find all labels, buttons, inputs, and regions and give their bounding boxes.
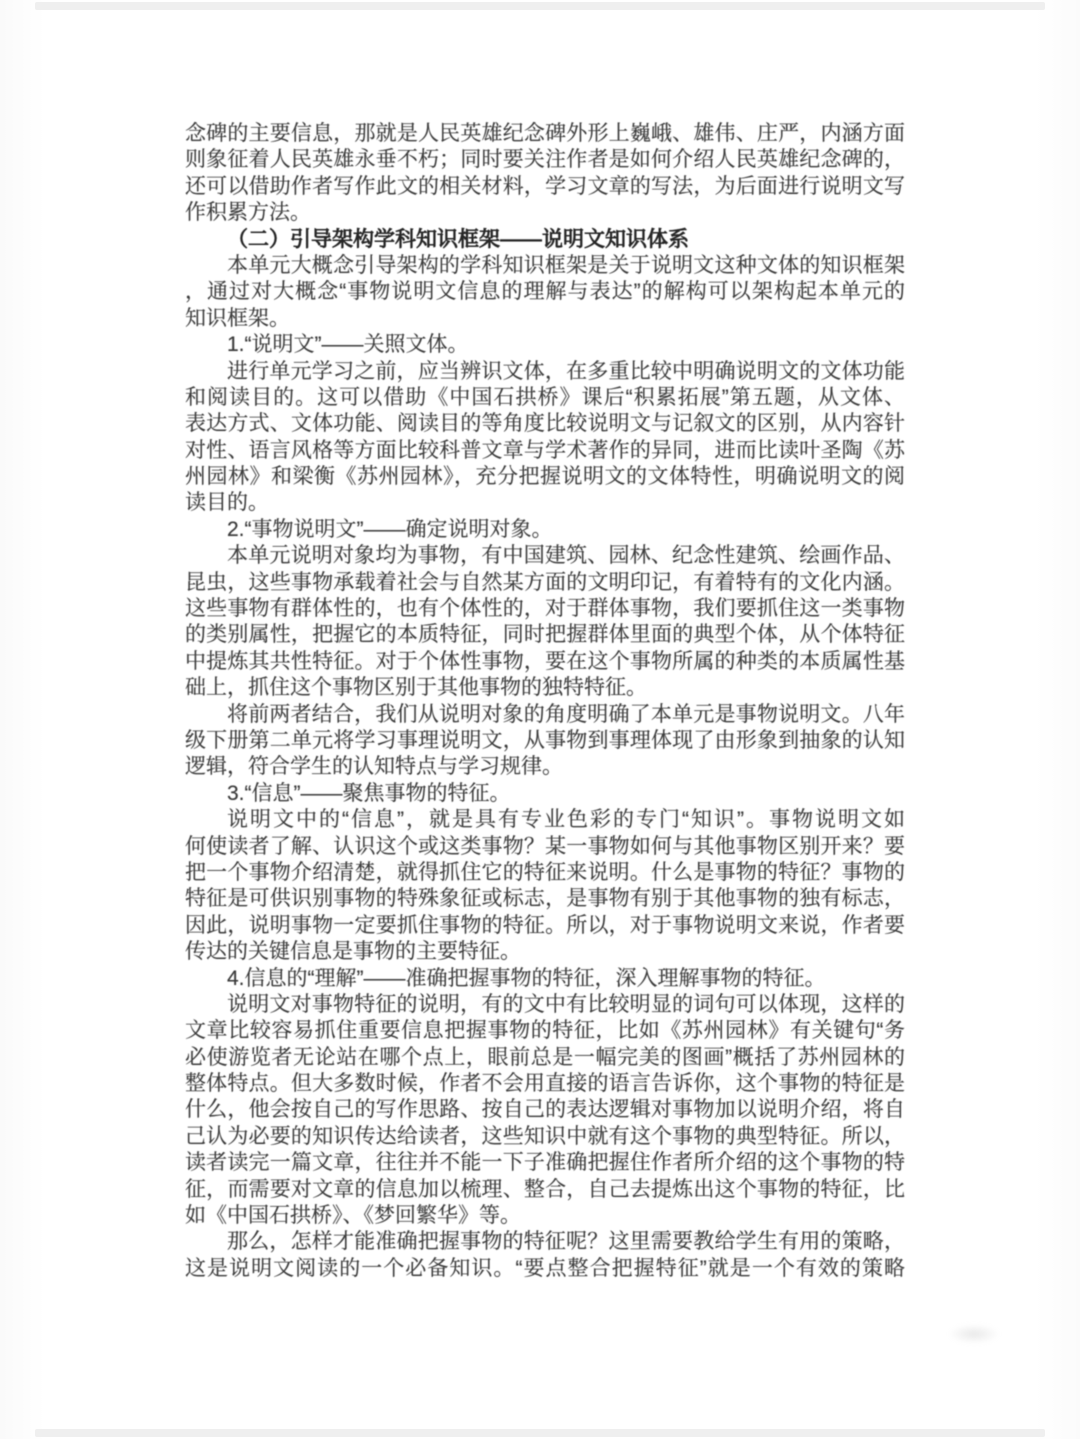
body-text-line: 念碑的主要信息，那就是人民英雄纪念碑外形上巍峨、雄伟、庄严，内涵方面	[185, 121, 905, 147]
body-text-line: 础上，抓住这个事物区别于其他事物的独特特征。	[185, 675, 905, 701]
body-text-line: 中提炼其共性特征。对于个体性事物，要在这个事物所属的种类的本质属性基	[185, 649, 905, 675]
body-text-line: 文章比较容易抓住重要信息把握事物的特征，比如《苏州园林》有关键句“务	[185, 1018, 905, 1044]
body-text-line: 把一个事物介绍清楚，就得抓住它的特征来说明。什么是事物的特征？事物的	[185, 860, 905, 886]
body-text-line: 征，而需要对文章的信息加以梳理、整合，自己去提炼出这个事物的特征，比	[185, 1177, 905, 1203]
body-text-line: 3.“信息”——聚焦事物的特征。	[185, 781, 905, 807]
body-text-line: 表达方式、文体功能、阅读目的等角度比较说明文与记叙文的区别，从内容针	[185, 411, 905, 437]
body-text-line: 对性、语言风格等方面比较科普文章与学术著作的异同，进而比读叶圣陶《苏	[185, 438, 905, 464]
body-text-line: 读目的。	[185, 490, 905, 516]
body-text-line: 昆虫，这些事物承载着社会与自然某方面的文明印记，有着特有的文化内涵。	[185, 570, 905, 596]
body-text-line: 如《中国石拱桥》、《梦回繁华》等。	[185, 1203, 905, 1229]
body-text-line: 级下册第二单元将学习事理说明文，从事物到事理体现了由形象到抽象的认知	[185, 728, 905, 754]
body-text-line: 的类别属性，把握它的本质特征，同时把握群体里面的典型个体，从个体特征	[185, 622, 905, 648]
body-text-line: 读者读完一篇文章，往往并不能一下子准确把握住作者所介绍的这个事物的特	[185, 1150, 905, 1176]
body-text-line: 则象征着人民英雄永垂不朽；同时要关注作者是如何介绍人民英雄纪念碑的，	[185, 147, 905, 173]
body-text-line: 作积累方法。	[185, 200, 905, 226]
body-text-line: 特征是可供识别事物的特殊象征或标志，是事物有别于其他事物的独有标志，	[185, 886, 905, 912]
body-text-line: 因此，说明事物一定要抓住事物的特征。所以，对于事物说明文来说，作者要	[185, 913, 905, 939]
body-text-line: ，通过对大概念“事物说明文信息的理解与表达”的解构可以架构起本单元的	[185, 279, 905, 305]
watermark-smudge	[948, 1324, 1000, 1344]
scanned-page: 念碑的主要信息，那就是人民英雄纪念碑外形上巍峨、雄伟、庄严，内涵方面则象征着人民…	[0, 0, 1080, 1439]
body-text-line: 说明文中的“信息”，就是具有专业色彩的专门“知识”。事物说明文如	[185, 807, 905, 833]
body-text-line: 己认为必要的知识传达给读者，这些知识中就有这个事物的典型特征。所以，	[185, 1124, 905, 1150]
body-text-line: 4.信息的“理解”——准确把握事物的特征，深入理解事物的特征。	[185, 966, 905, 992]
body-text-line: 将前两者结合，我们从说明对象的角度明确了本单元是事物说明文。八年	[185, 702, 905, 728]
body-text-line: 传达的关键信息是事物的主要特征。	[185, 939, 905, 965]
body-text-line: 1.“说明文”——关照文体。	[185, 332, 905, 358]
body-text-line: 逻辑，符合学生的认知特点与学习规律。	[185, 754, 905, 780]
section-heading-line: （二）引导架构学科知识框架——说明文知识体系	[185, 227, 905, 253]
body-text-line: 和阅读目的。这可以借助《中国石拱桥》课后“积累拓展”第五题，从文体、	[185, 385, 905, 411]
body-text-line: 2.“事物说明文”——确定说明对象。	[185, 517, 905, 543]
page-bottom-edge	[35, 1429, 1045, 1437]
body-text-line: 进行单元学习之前，应当辨识文体，在多重比较中明确说明文的文体功能	[185, 359, 905, 385]
body-text-line: 知识框架。	[185, 306, 905, 332]
body-text-line: 还可以借助作者写作此文的相关材料，学习文章的写法，为后面进行说明文写	[185, 174, 905, 200]
body-text-line: 这是说明文阅读的一个必备知识。“要点整合把握特征”就是一个有效的策略	[185, 1256, 905, 1282]
body-text-line: 那么，怎样才能准确把握事物的特征呢？这里需要教给学生有用的策略，	[185, 1229, 905, 1255]
body-text-line: 这些事物有群体性的，也有个体性的，对于群体事物，我们要抓住这一类事物	[185, 596, 905, 622]
body-text-line: 什么，他会按自己的写作思路、按自己的表达逻辑对事物加以说明介绍，将自	[185, 1097, 905, 1123]
body-text-line: 整体特点。但大多数时候，作者不会用直接的语言告诉你，这个事物的特征是	[185, 1071, 905, 1097]
body-text-line: 本单元说明对象均为事物，有中国建筑、园林、纪念性建筑、绘画作品、	[185, 543, 905, 569]
body-text-line: 何使读者了解、认识这个或这类事物？某一事物如何与其他事物区别开来？要	[185, 834, 905, 860]
body-text-line: 说明文对事物特征的说明，有的文中有比较明显的词句可以体现，这样的	[185, 992, 905, 1018]
body-text-line: 州园林》和梁衡《苏州园林》，充分把握说明文的文体特性，明确说明文的阅	[185, 464, 905, 490]
body-text-line: 本单元大概念引导架构的学科知识框架是关于说明文这种文体的知识框架	[185, 253, 905, 279]
body-text-line: 必使游览者无论站在哪个点上，眼前总是一幅完美的图画”概括了苏州园林的	[185, 1045, 905, 1071]
page-top-edge	[35, 2, 1045, 10]
text-column: 念碑的主要信息，那就是人民英雄纪念碑外形上巍峨、雄伟、庄严，内涵方面则象征着人民…	[185, 121, 905, 1282]
